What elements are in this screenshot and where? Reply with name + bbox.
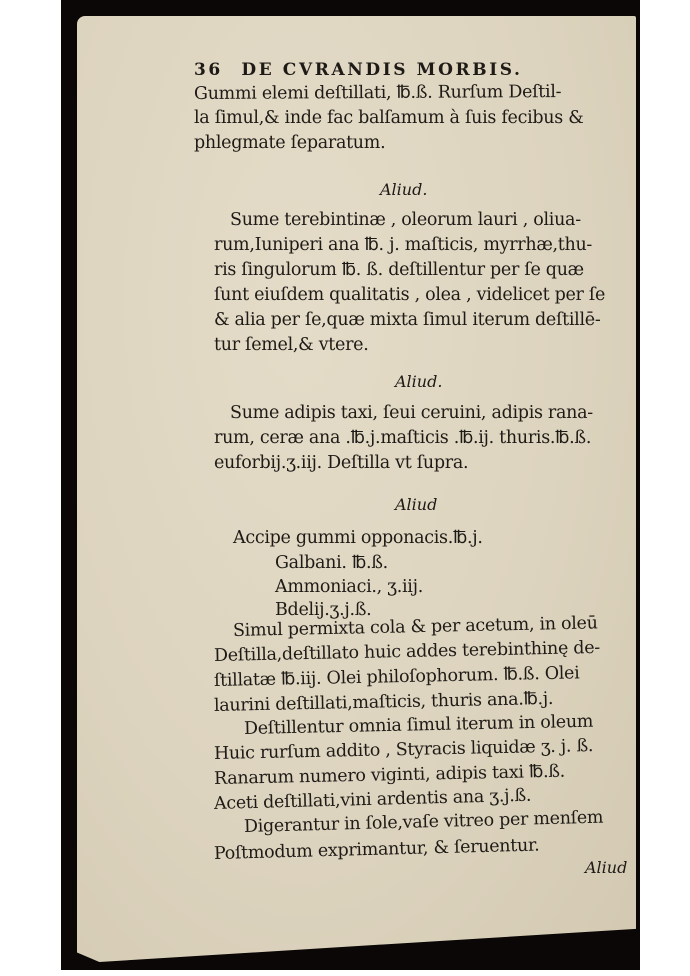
page-number: 36 <box>194 60 223 80</box>
recipe-line: Ammoniaci., ʒ.iij. <box>275 579 423 597</box>
text-line: Sume terebintinæ , oleorum lauri , oliua… <box>230 212 581 230</box>
text-line: euforbij.ʒ.iij. Deſtilla vt ſupra. <box>214 455 468 473</box>
text-line: phlegmate ſeparatum. <box>194 135 385 153</box>
text-line: tur ſemel,& vtere. <box>214 337 368 355</box>
text-line: Gummi elemi deſtillati, ℔.ß. Rurſum Deſt… <box>194 84 561 103</box>
running-header: 36 DE CVRANDIS MORBIS. <box>194 60 523 80</box>
text-line: Sume adipis taxi, ſeui ceruini, adipis r… <box>230 405 593 423</box>
recipe-line: Accipe gummi opponacis.℔.j. <box>233 530 483 548</box>
text-line: & alia per ſe,quæ mixta ſimul iterum deſ… <box>214 312 600 330</box>
section-heading: Aliud. <box>380 180 427 199</box>
text-line: rum, ceræ ana .℔.j.maſticis .℔.ij. thuri… <box>214 430 591 448</box>
recipe-line: Bdelij.ʒ.j.ß. <box>275 602 371 620</box>
text-line: rum,Iuniperi ana ℔. j. maſticis, myrrhæ,… <box>214 237 592 255</box>
running-head-title: DE CVRANDIS MORBIS. <box>241 60 522 80</box>
section-heading: Aliud <box>395 495 437 514</box>
catchword: Aliud <box>585 858 627 877</box>
text-line: ris ſingulorum ℔. ß. deſtillentur per ſe… <box>214 262 584 280</box>
text-line: ſunt eiuſdem qualitatis , olea , videlic… <box>214 287 605 305</box>
recipe-line: Galbani. ℔.ß. <box>275 555 388 573</box>
section-heading: Aliud. <box>395 372 442 391</box>
text-line: la ſimul,& inde fac balſamum à ſuis feci… <box>194 110 583 128</box>
